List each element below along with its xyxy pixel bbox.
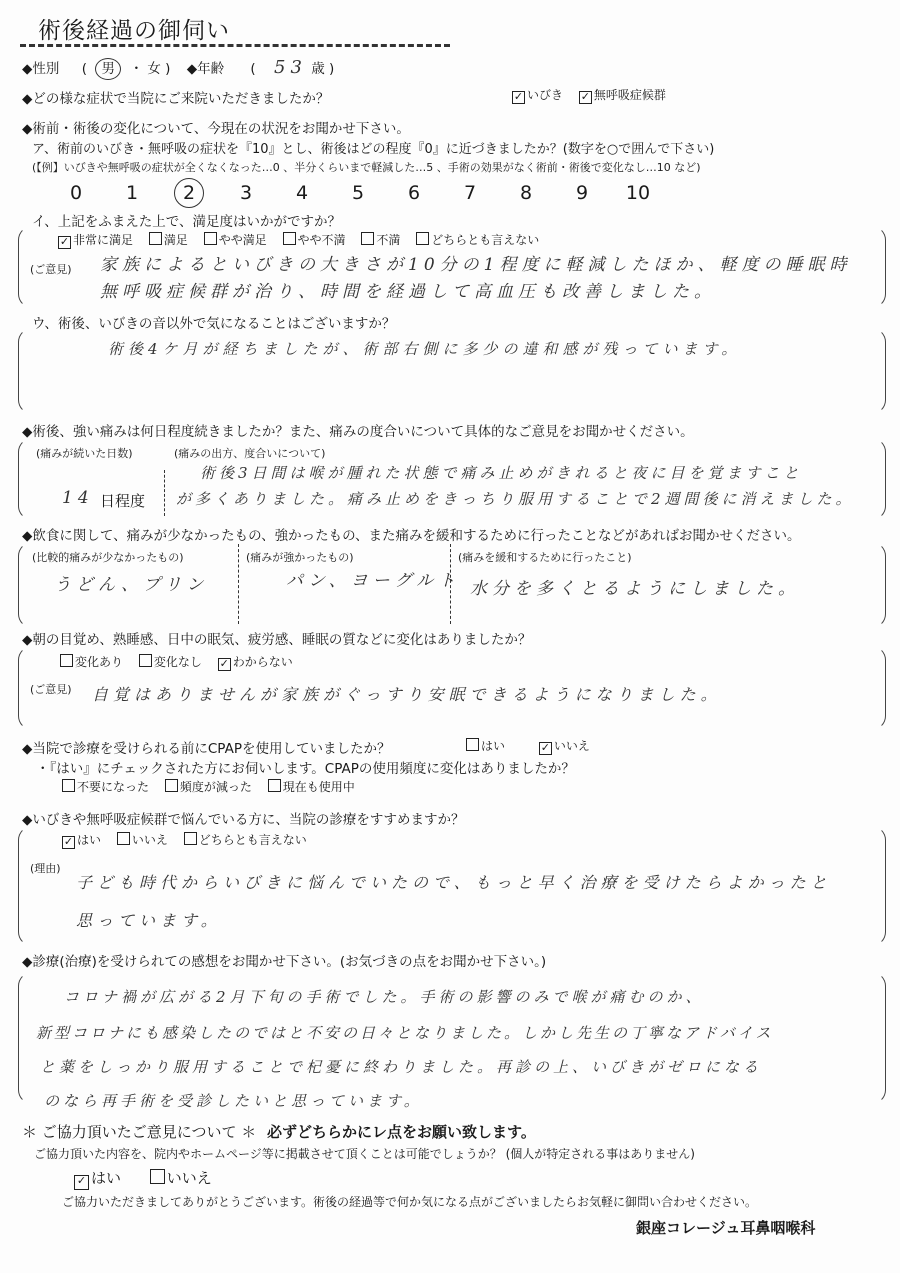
checkbox-checked-icon: ✓ (58, 236, 71, 249)
satisfaction-options: ✓非常に満足 満足 やや満足 やや不満 不満 どちらとも言えない (58, 231, 551, 249)
checkbox-checked-icon: ✓ (579, 91, 592, 104)
gender-option-male[interactable]: 男 (95, 58, 121, 80)
food-divider-1 (238, 544, 239, 624)
pain-detail-line-1[interactable]: 術後3日間は喉が腫れた状態で痛み止めがきれると夜に目を覚ますこと (200, 462, 803, 483)
scale-9[interactable]: 9 (554, 182, 610, 204)
change-question: ◆術前・術後の変化について、今現在の状況をお聞かせ下さい。 (22, 117, 410, 137)
consent-heading-left: ＊ ご協力頂いたご意見について ＊ (22, 1123, 256, 1141)
checkbox-recommend-neutral[interactable]: どちらとも言えない (184, 831, 307, 848)
checkbox-cpap-yes[interactable]: はい (466, 737, 505, 754)
pain-detail-line-2[interactable]: が多くありました。痛み止めをきっちり服用することで2週間後に消えました。 (176, 488, 855, 509)
checkbox-cpap-still-using[interactable]: 現在も使用中 (268, 778, 355, 795)
checkbox-apnea[interactable]: ✓無呼吸症候群 (579, 86, 666, 104)
consent-heading: ＊ ご協力頂いたご意見について ＊ 必ずどちらかにレ点をお願い致します。 (22, 1121, 536, 1142)
food-question: ◆飲食に関して、痛みが少なかったもの、強かったもの、また痛みを緩和するために行っ… (22, 524, 801, 544)
checkbox-checked-icon: ✓ (74, 1175, 89, 1190)
checkbox-neutral[interactable]: どちらとも言えない (416, 231, 539, 248)
checkbox-recommend-yes[interactable]: ✓はい (62, 831, 101, 849)
checkbox-dissatisfied[interactable]: 不満 (361, 231, 400, 248)
checkbox-recommend-no[interactable]: いいえ (117, 831, 168, 848)
sleep-question: ◆朝の目覚め、熟睡感、日中の眠気、疲労感、睡眠の質などに変化はありましたか？ (22, 628, 531, 648)
sleep-comment[interactable]: 自覚はありませんが家族がぐっすり安眠できるようになりました。 (92, 682, 722, 705)
impressions-line-2[interactable]: 新型コロナにも感染したのではと不安の日々となりました。しかし先生の丁寧なアドバイ… (36, 1022, 774, 1043)
checkbox-consent-yes[interactable]: ✓はい (74, 1167, 121, 1190)
consent-options: ✓はい いいえ (74, 1167, 224, 1190)
checkbox-cpap-no[interactable]: ✓いいえ (539, 737, 590, 755)
checkbox-checked-icon: ✓ (512, 91, 525, 104)
pain-days-value[interactable]: 14 (62, 488, 94, 508)
checkbox-cpap-unneeded[interactable]: 不要になった (62, 778, 149, 795)
other-concerns-answer[interactable]: 術後4ケ月が経ちましたが、術部右側に多少の違和感が残っています。 (108, 338, 741, 359)
sleep-options: 変化あり 変化なし ✓わからない (60, 653, 305, 671)
checkbox-sleep-changed[interactable]: 変化あり (60, 653, 123, 670)
scale-0[interactable]: 0 (48, 182, 104, 204)
checkbox-very-satisfied[interactable]: ✓非常に満足 (58, 231, 133, 249)
impressions-line-3[interactable]: と薬をしっかり服用することで杞憂に終わりました。再診の上、いびきがゼロになる (40, 1056, 762, 1077)
pain-question: ◆術後、強い痛みは何日程度続きましたか？また、痛みの度合いについて具体的なご意見… (22, 420, 694, 440)
age-unit: 歳 (311, 61, 325, 77)
recommend-reason-line-2[interactable]: 思っています。 (76, 908, 222, 931)
checkbox-checked-icon: ✓ (539, 742, 552, 755)
satisfaction-comment-label: (ご意見) (30, 261, 72, 277)
food-col1-label: (比較的痛みが少なかったもの) (32, 549, 184, 565)
scale-5[interactable]: 5 (330, 182, 386, 204)
scale-3[interactable]: 3 (218, 182, 274, 204)
cpap-followup: ・『はい』にチェックされた方にお伺いします。CPAPの使用頻度に変化はありました… (36, 757, 575, 777)
form-title: 術後経過の御伺い (38, 12, 230, 45)
recommend-reason-line-1[interactable]: 子ども時代からいびきに悩んでいたので、もっと早く治療を受けたらよかったと (76, 870, 832, 893)
scale-6[interactable]: 6 (386, 182, 442, 204)
consent-heading-right: 必ずどちらかにレ点をお願い致します。 (267, 1123, 536, 1141)
gender-label: ◆性別 (22, 61, 59, 77)
checkbox-checked-icon: ✓ (218, 658, 231, 671)
scale-8[interactable]: 8 (498, 182, 554, 204)
satisfaction-comment-line-1[interactable]: 家族によるといびきの大きさが10分の1程度に軽減したほか、軽度の睡眠時 (100, 250, 851, 275)
pain-detail-label: (痛みの出方、度合いについて) (174, 445, 325, 461)
scale-4[interactable]: 4 (274, 182, 330, 204)
change-example: (【例】いびきや無呼吸の症状が全くなくなった…0 、半分くらいまで軽減した…5 … (32, 159, 701, 175)
footer-thanks: ご協力いただきましてありがとうございます。術後の経過等で何か気になる点がございま… (62, 1193, 757, 1210)
checkbox-sleep-unknown[interactable]: ✓わからない (218, 653, 293, 671)
checkbox-satisfied[interactable]: 満足 (149, 231, 188, 248)
symptoms-options: ✓いびき ✓無呼吸症候群 (512, 86, 678, 104)
pain-divider (164, 470, 165, 516)
checkbox-cpap-reduced[interactable]: 頻度が減った (165, 778, 252, 795)
food-divider-2 (450, 544, 451, 624)
impressions-line-4[interactable]: のなら再手術を受診したいと思っています。 (44, 1090, 423, 1111)
satisfaction-comment-line-2[interactable]: 無呼吸症候群が治り、時間を経過して高血圧も改善しました。 (100, 277, 716, 302)
gender-age-row: ◆性別 ( 男 ・ 女 ) ◆年齢 ( 53 歳 ) (22, 57, 334, 80)
symptoms-question: ◆どの様な症状で当院にご来院いただきましたか？ (22, 87, 329, 107)
food-col3-value[interactable]: 水分を多くとるようにしました。 (470, 574, 800, 599)
title-divider (20, 44, 450, 47)
recommend-options: ✓はい いいえ どちらとも言えない (62, 831, 319, 849)
food-col2-value[interactable]: パン、ヨーグルト (286, 566, 460, 591)
food-col3-label: (痛みを緩和するために行ったこと) (458, 549, 632, 565)
cpap-question: ◆当院で診療を受けられる前にCPAPを使用していましたか？ (22, 737, 390, 757)
checkbox-somewhat-dissatisfied[interactable]: やや不満 (283, 231, 346, 248)
sleep-comment-label: (ご意見) (30, 681, 72, 697)
clinic-name: 銀座コレージュ耳鼻咽喉科 (636, 1217, 815, 1238)
checkbox-somewhat-satisfied[interactable]: やや満足 (204, 231, 267, 248)
checkbox-snoring[interactable]: ✓いびき (512, 86, 563, 104)
impressions-question: ◆診療(治療)を受けられての感想をお聞かせ下さい。(お気づきの点をお聞かせ下さい… (22, 950, 546, 970)
age-value[interactable]: 53 (274, 57, 307, 78)
scale-2-selected[interactable]: 2 (174, 178, 204, 208)
checkbox-consent-no[interactable]: いいえ (150, 1167, 212, 1188)
cpap-options: はい ✓いいえ (466, 737, 602, 755)
age-label: ◆年齢 (187, 61, 224, 77)
pain-days-unit: 日程度 (100, 490, 145, 511)
recommend-reason-label: (理由) (30, 860, 61, 876)
impressions-line-1[interactable]: コロナ禍が広がる2月下旬の手術でした。手術の影響のみで喉が痛むのか、 (64, 986, 705, 1007)
scale-7[interactable]: 7 (442, 182, 498, 204)
change-scale: 012345678910 (48, 178, 666, 208)
checkbox-checked-icon: ✓ (62, 836, 75, 849)
recommend-question: ◆いびきや無呼吸症候群で悩んでいる方に、当院の診療をすすめますか？ (22, 808, 465, 828)
change-sub-a: ア、術前のいびき・無呼吸の症状を『10』とし、術後はどの程度『0』に近づきました… (32, 138, 714, 157)
food-col1-value[interactable]: うどん、プリン (54, 570, 208, 595)
consent-question: ご協力頂いた内容を、院内やホームページ等に掲載させて頂くことは可能でしょうか？ … (34, 1145, 695, 1162)
scale-1[interactable]: 1 (104, 182, 160, 204)
pain-days-label: (痛みが続いた日数) (36, 445, 133, 461)
gender-option-female[interactable]: 女 (147, 61, 161, 77)
food-col2-label: (痛みが強かったもの) (246, 549, 354, 565)
checkbox-sleep-unchanged[interactable]: 変化なし (139, 653, 202, 670)
scale-10[interactable]: 10 (610, 182, 666, 204)
cpap-followup-options: 不要になった 頻度が減った 現在も使用中 (62, 778, 367, 795)
